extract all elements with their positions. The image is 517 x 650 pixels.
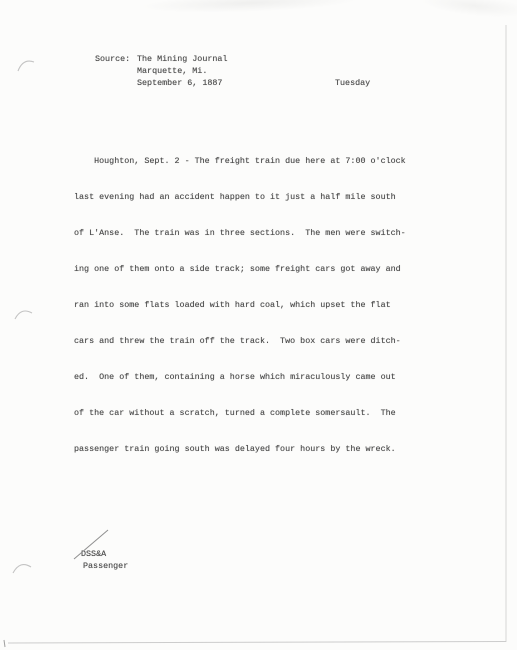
article-line: of the car without a scratch, turned a c… bbox=[74, 407, 406, 419]
pencil-arc-mark bbox=[15, 311, 32, 319]
source-date: September 6, 1887 bbox=[137, 77, 222, 89]
source-publication: The Mining Journal bbox=[137, 53, 227, 65]
pencil-arc-mark bbox=[18, 61, 34, 71]
article-line: Houghton, Sept. 2 - The freight train du… bbox=[74, 155, 406, 167]
scanned-document-page: Source: The Mining Journal Marquette, Mi… bbox=[0, 0, 517, 650]
pencil-arc-mark bbox=[13, 565, 31, 573]
source-label: Source: bbox=[95, 53, 130, 65]
article-line: ing one of them onto a side track; some … bbox=[74, 263, 406, 275]
annotation-passenger: Passenger bbox=[83, 560, 128, 572]
article-line: ed. One of them, containing a horse whic… bbox=[74, 371, 406, 383]
article-line: passenger train going south was delayed … bbox=[74, 443, 406, 455]
article-line: ran into some flats loaded with hard coa… bbox=[74, 299, 406, 311]
article-line: cars and threw the train off the track. … bbox=[74, 335, 406, 347]
scan-smudge bbox=[140, 0, 360, 16]
annotation-railroad: DSS&A bbox=[81, 548, 106, 560]
weekday-label: Tuesday bbox=[335, 77, 370, 89]
article-line: last evening had an accident happen to i… bbox=[74, 191, 406, 203]
page-edge-bottom-line bbox=[8, 642, 506, 644]
page-corner-tick-mark bbox=[4, 640, 5, 647]
source-location: Marquette, Mi. bbox=[137, 65, 207, 77]
article-body: Houghton, Sept. 2 - The freight train du… bbox=[74, 131, 406, 479]
scan-smudge bbox=[419, 0, 517, 22]
article-line: of L'Anse. The train was in three sectio… bbox=[74, 227, 406, 239]
